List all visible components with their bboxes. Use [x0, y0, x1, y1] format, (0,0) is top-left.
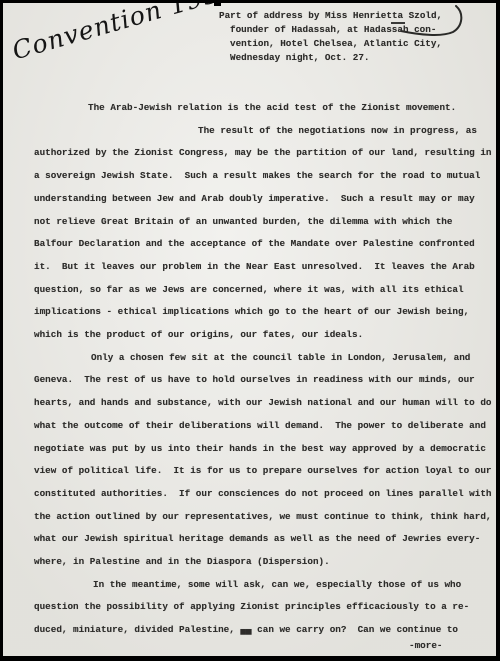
typed-line: question, so far as we Jews are concerne… [34, 279, 491, 302]
typed-line: founder of Hadassah, at Hadassah con- [219, 23, 442, 37]
typed-line: what our Jewish spiritual heritage deman… [34, 528, 491, 551]
typed-line: Balfour Declaration and the acceptance o… [34, 233, 491, 256]
typed-line: what the outcome of their deliberations … [34, 415, 491, 438]
typed-line: authorized by the Zionist Congress, may … [34, 142, 491, 165]
typed-line: which is the product of our origins, our… [34, 324, 491, 347]
typed-line: The result of the negotiations now in pr… [34, 120, 491, 143]
typed-line: question the possibility of applying Zio… [34, 596, 491, 619]
typed-line: vention, Hotel Chelsea, Atlantic City, [219, 37, 442, 51]
more-marker: -more- [409, 640, 442, 651]
typed-line: understanding between Jew and Arab doubl… [34, 188, 491, 211]
typed-line: implications - ethical implications whic… [34, 301, 491, 324]
typed-line: Geneva. The rest of us have to hold ours… [34, 369, 491, 392]
handwritten-annotation: Convention 1937 [9, 0, 239, 65]
typed-line: the action outlined by our representativ… [34, 506, 491, 529]
typed-line: not relieve Great Britain of an unwanted… [34, 211, 491, 234]
typed-line: where, in Palestine and in the Diaspora … [34, 551, 491, 574]
typed-line: view of political life. It is for us to … [34, 460, 491, 483]
typed-line: In the meantime, some will ask, can we, … [34, 574, 491, 597]
scanned-document-page: Convention 1937 Part of address by Miss … [0, 0, 500, 661]
typed-line: Only a chosen few sit at the council tab… [34, 347, 491, 370]
typed-line: The Arab-Jewish relation is the acid tes… [34, 97, 491, 120]
typed-line: Part of address by Miss Henrietta Szold, [219, 9, 442, 23]
typed-line: a sovereign Jewish State. Such a result … [34, 165, 491, 188]
document-header: Part of address by Miss Henrietta Szold,… [219, 9, 442, 65]
typed-line: negotiate was put by us into their hands… [34, 438, 491, 461]
typed-line: constituted authorities. If our conscien… [34, 483, 491, 506]
typed-line: it. But it leaves our problem in the Nea… [34, 256, 491, 279]
document-body: The Arab-Jewish relation is the acid tes… [34, 97, 491, 642]
typed-line: Wednesday night, Oct. 27. [219, 51, 442, 65]
typed-line: duced, miniature, divided Palestine, ▄▄ … [34, 619, 491, 642]
typed-line: hearts, and hands and substance, with ou… [34, 392, 491, 415]
scan-artifact-notch [214, 2, 221, 6]
